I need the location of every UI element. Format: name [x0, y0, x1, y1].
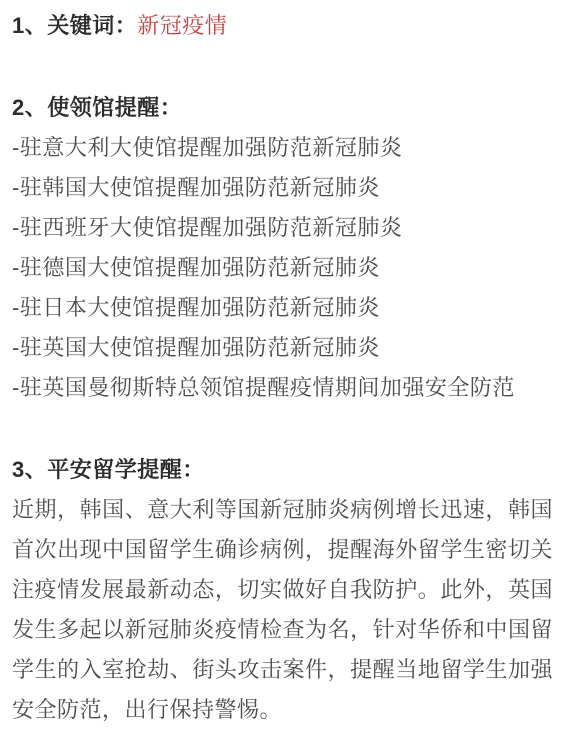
embassy-list-item-italy: -驻意大利大使馆提醒加强防范新冠肺炎 — [12, 128, 553, 168]
embassy-list-item-japan: -驻日本大使馆提醒加强防范新冠肺炎 — [12, 288, 553, 328]
section-3-heading: 3、平安留学提醒： — [12, 450, 553, 490]
article-body: 1、关键词：新冠疫情 2、使领馆提醒： -驻意大利大使馆提醒加强防范新冠肺炎 -… — [0, 0, 565, 730]
section-2-heading: 2、使领馆提醒： — [12, 88, 553, 128]
keyword-text: 新冠疫情 — [137, 13, 227, 38]
section-1-label: 1、关键词： — [12, 13, 137, 38]
embassy-list-item-spain: -驻西班牙大使馆提醒加强防范新冠肺炎 — [12, 208, 553, 248]
embassy-list-item-uk: -驻英国大使馆提醒加强防范新冠肺炎 — [12, 328, 553, 368]
section-1-heading: 1、关键词：新冠疫情 — [12, 6, 553, 46]
embassy-list-item-korea: -驻韩国大使馆提醒加强防范新冠肺炎 — [12, 168, 553, 208]
embassy-list-item-manchester: -驻英国曼彻斯特总领馆提醒疫情期间加强安全防范 — [12, 368, 553, 408]
embassy-list-item-germany: -驻德国大使馆提醒加强防范新冠肺炎 — [12, 248, 553, 288]
embassy-reminder-list: -驻意大利大使馆提醒加强防范新冠肺炎 -驻韩国大使馆提醒加强防范新冠肺炎 -驻西… — [12, 128, 553, 408]
advisory-paragraph: 近期，韩国、意大利等国新冠肺炎病例增长迅速，韩国首次出现中国留学生确诊病例，提醒… — [12, 490, 553, 730]
